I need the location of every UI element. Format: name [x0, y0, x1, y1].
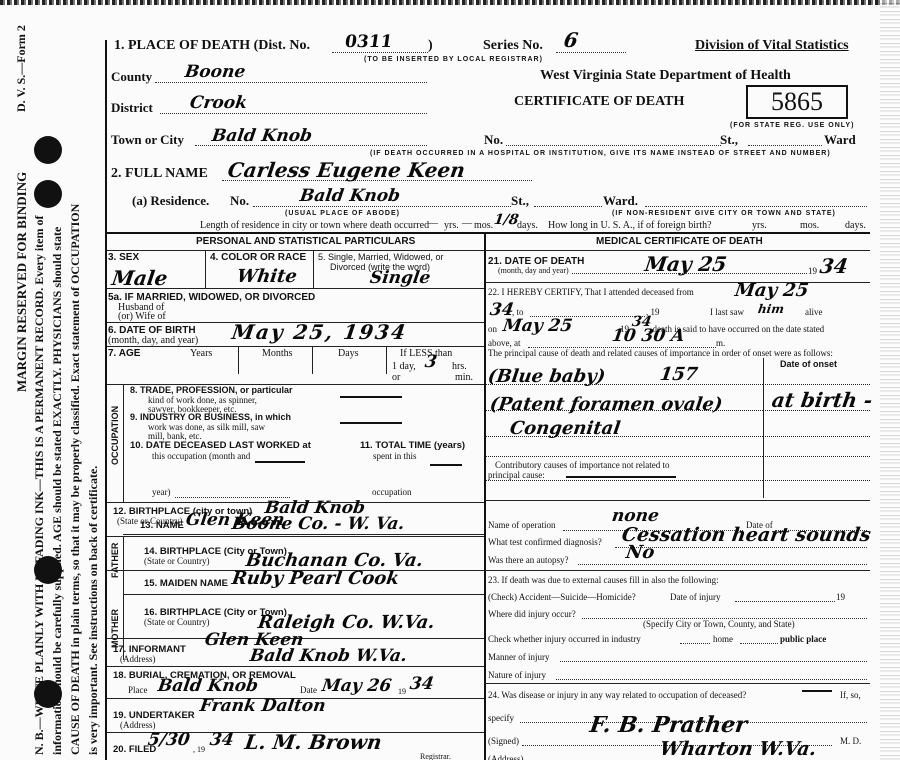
last-saw-pronoun: him — [757, 302, 785, 316]
operation-value: none — [611, 506, 661, 526]
marital-label-1: 5. Single, Married, Widowed, or — [318, 252, 444, 262]
cause-line — [486, 480, 763, 481]
county-line — [155, 82, 427, 83]
age-months-label: Months — [262, 348, 293, 359]
personal-section-title: PERSONAL AND STATISTICAL PARTICULARS — [196, 236, 415, 247]
no-label: No. — [484, 132, 503, 148]
foreign-mos-label: mos. — [800, 220, 819, 231]
town-label: Town or City — [111, 132, 184, 148]
abode-note: (USUAL PLACE OF ABODE) — [285, 210, 400, 217]
contributory-label-1: Contributory causes of importance not re… — [495, 460, 669, 470]
burial-year-value: 34 — [409, 674, 435, 694]
scan-top-edge — [0, 0, 900, 5]
cause-1-value: (Blue baby) — [487, 366, 607, 387]
row-divider — [107, 346, 484, 347]
trade-value-dash — [340, 396, 402, 398]
marital-value: Single — [369, 268, 432, 288]
dist-no-line — [332, 52, 428, 53]
residence-value: Bald Knob — [299, 186, 402, 206]
sex-value: Male — [110, 266, 169, 290]
county-value: Boone — [184, 62, 247, 82]
last-saw-label: I last saw — [710, 307, 744, 317]
onset-value: at birth - — [770, 388, 874, 412]
burial-date-label: Date — [300, 685, 317, 695]
cause-2-value: (Patent foramen ovale) — [489, 394, 724, 415]
undertaker-sub-label: (Address) — [120, 720, 156, 730]
residence-line — [253, 206, 511, 207]
row-divider — [485, 570, 870, 571]
cause-3-value: Congenital — [509, 418, 622, 439]
age-one-day-label: 1 day, — [392, 361, 416, 372]
dist-no-value: 0311 — [344, 32, 394, 52]
residence-label: (a) Residence. — [132, 193, 209, 209]
foreign-days-label: days. — [845, 220, 866, 231]
external-label: 23. If death was due to external causes … — [488, 575, 719, 585]
row-divider — [107, 288, 484, 289]
form-id: D. V. S.—Form 2 — [14, 25, 29, 112]
industry-check-line — [680, 643, 710, 644]
dod-value: May 25 — [643, 252, 728, 276]
total-time-label-3: occupation — [372, 487, 412, 497]
father-name-label: 13. NAME — [140, 520, 184, 531]
dist-close-paren: ) — [428, 38, 433, 54]
cause-line — [486, 456, 763, 457]
physician-signature: F. B. Prather — [588, 712, 748, 738]
row-divider — [485, 250, 870, 251]
last-saw-date: May 25 — [502, 316, 574, 336]
no-line — [506, 145, 721, 146]
length-mos-label: mos. — [474, 220, 493, 231]
father-birthplace-sub-label: (State or Country) — [144, 556, 210, 566]
father-name-value: Glen Keen — [185, 510, 286, 530]
parent-tab-divider — [123, 536, 124, 660]
length-residence-label: Length of residence in city or town wher… — [200, 220, 429, 231]
cell-divider — [238, 346, 239, 374]
physician-address: Wharton W.Va. — [658, 738, 817, 760]
series-label: Series No. — [483, 38, 543, 54]
row-divider — [485, 282, 870, 283]
burial-year-prefix: 19 — [398, 687, 406, 696]
age-label: 7. AGE — [108, 348, 140, 359]
sex-label: 3. SEX — [108, 252, 139, 263]
row-divider — [123, 534, 484, 535]
town-value: Bald Knob — [211, 126, 314, 146]
foreign-birth-label: How long in U. S. A., if of foreign birt… — [548, 220, 712, 231]
foreign-yrs-label: yrs. — [752, 220, 767, 231]
wife-label: (or) Wife of — [118, 311, 166, 322]
where-injury-note: (Specify City or Town, County, and State… — [643, 619, 795, 629]
father-tab: FATHER — [110, 543, 120, 578]
certificate-title: CERTIFICATE OF DEATH — [514, 94, 684, 110]
ward-label: Ward — [824, 132, 856, 148]
department-title: West Virginia State Department of Health — [540, 68, 791, 84]
district-value: Crook — [189, 93, 249, 113]
occupation-tab-divider — [123, 384, 124, 502]
row-divider — [485, 683, 870, 684]
onset-line — [765, 456, 870, 457]
contributory-label-2: principal cause: — [488, 470, 545, 480]
residence-no-label: No. — [230, 193, 249, 209]
total-time-label-2: spent in this — [373, 451, 417, 461]
onset-divider — [763, 358, 764, 498]
operation-label: Name of operation — [488, 520, 555, 530]
trade-label-1: 8. TRADE, PROFESSION, or particular — [130, 385, 293, 395]
check-label: (Check) Accident—Suicide—Homicide? — [488, 592, 636, 602]
punch-hole — [34, 680, 62, 708]
burial-date-value: May 26 — [321, 676, 393, 696]
full-name-label: 2. FULL NAME — [111, 166, 208, 182]
nature-line — [556, 679, 867, 680]
autopsy-label: Was there an autopsy? — [488, 555, 569, 565]
dod-sub-label: (month, day and year) — [498, 266, 569, 275]
length-days-label: days. — [517, 220, 538, 231]
row-divider — [107, 666, 484, 667]
cause-1-code: 157 — [659, 364, 700, 385]
informant-sub-label: (Address) — [120, 654, 156, 664]
filed-date-value: 5/30 — [147, 730, 192, 750]
burial-place-label: Place — [128, 685, 148, 695]
district-label: District — [111, 100, 153, 116]
if-so-label: If, so, — [840, 690, 861, 700]
dod-year-value: 34 — [818, 254, 849, 278]
undertaker-value: Frank Dalton — [199, 696, 327, 716]
filed-year-prefix: , 19 — [193, 745, 205, 754]
column-divider — [484, 232, 486, 760]
mother-tab: MOTHER — [110, 609, 120, 648]
public-place-label: public place — [780, 634, 826, 644]
division-title: Division of Vital Statistics — [695, 38, 849, 54]
mother-name-label: 15. MAIDEN NAME — [144, 578, 228, 589]
row-divider — [123, 594, 484, 595]
length-yrs-value: — — [428, 218, 438, 229]
row-divider — [107, 250, 484, 251]
address-label: (Address) — [488, 754, 524, 760]
age-days-label: Days — [338, 348, 359, 359]
row-divider — [107, 536, 484, 537]
scan-right-edge — [880, 0, 900, 760]
residence-ward-label: Ward. — [603, 193, 638, 209]
county-label: County — [111, 69, 152, 85]
length-days-value: 1/8 — [493, 212, 520, 228]
total-time-value-dash — [430, 464, 462, 466]
residence-st-label: St., — [511, 193, 529, 209]
hospital-note: (IF DEATH OCCURRED IN A HOSPITAL OR INST… — [370, 150, 831, 157]
length-yrs-label: yrs. — [444, 220, 459, 231]
last-worked-label-2: this occupation (month and — [152, 451, 250, 461]
total-time-label-1: 11. TOTAL TIME (years) — [360, 440, 465, 451]
industry-label-1: 9. INDUSTRY OR BUSINESS, in which — [130, 412, 291, 422]
manner-label: Manner of injury — [488, 652, 549, 662]
certify-label: 22. I HEREBY CERTIFY, That I attended de… — [488, 287, 694, 297]
st-line — [748, 145, 822, 146]
residence-ward-line — [645, 206, 867, 207]
informant-address-value: Bald Knob W.Va. — [249, 646, 409, 666]
injury-date-line — [735, 601, 835, 602]
nature-label: Nature of injury — [488, 670, 546, 680]
margin-instructions-line: CAUSE OF DEATH in plain terms, so that i… — [68, 204, 83, 755]
home-line — [740, 643, 778, 644]
dob-value: May 25, 1934 — [230, 320, 408, 344]
autopsy-value: No — [625, 542, 656, 563]
contributory-value-dash — [566, 476, 676, 478]
mother-name-value: Ruby Pearl Cook — [231, 568, 401, 589]
autopsy-line — [578, 564, 867, 565]
above-at-label: above, at — [488, 338, 520, 348]
mother-birthplace-sub-label: (State or Country) — [144, 617, 210, 627]
md-label: M. D. — [840, 736, 861, 746]
nonresident-note: (IF NON-RESIDENT GIVE CITY OR TOWN AND S… — [612, 210, 836, 217]
onset-line — [765, 436, 870, 437]
age-years-label: Years — [190, 348, 212, 359]
place-of-death-label: 1. PLACE OF DEATH (Dist. No. — [114, 38, 310, 54]
cert-number-note: (FOR STATE REG. USE ONLY) — [730, 122, 854, 129]
medical-section-title: MEDICAL CERTIFICATE OF DEATH — [596, 236, 763, 247]
industry-check-label: Check whether injury occurred in industr… — [488, 634, 641, 644]
st-label: St., — [720, 132, 738, 148]
cell-divider — [312, 346, 313, 374]
diagnosis-value: Cessation heart sounds — [620, 524, 872, 546]
cell-divider — [205, 250, 206, 288]
time-value: 10 30 A — [611, 326, 686, 346]
margin-instructions-line: N. B.—WRITE PLAINLY WITH UNFADING INK—TH… — [32, 216, 47, 756]
race-label: 4. COLOR OR RACE — [210, 252, 306, 263]
registrar-signature: L. M. Brown — [243, 730, 383, 754]
registrar-label: Registrar. — [420, 752, 451, 760]
punch-hole — [34, 556, 62, 584]
cell-divider — [386, 346, 387, 374]
manner-line — [560, 661, 867, 662]
occupation-tab: OCCUPATION — [110, 406, 120, 465]
dist-note: (TO BE INSERTED BY LOCAL REGISTRAR) — [364, 56, 543, 63]
cause-label: The principal cause of death and related… — [488, 348, 833, 358]
burial-place-value: Bald Knob — [157, 676, 260, 696]
margin-instructions-line: is very important. See instructions on b… — [86, 466, 101, 755]
length-mos-value: — — [462, 218, 472, 229]
filed-year-value: 34 — [209, 730, 235, 750]
occupation-related-dash — [802, 690, 832, 692]
cell-divider — [313, 250, 314, 288]
last-worked-label-1: 10. DATE DECEASED LAST WORKED at — [130, 440, 311, 451]
attended-from-value: May 25 — [734, 280, 810, 301]
last-worked-value-dash — [255, 461, 305, 463]
full-name-value: Carless Eugene Keen — [226, 158, 466, 182]
dob-sub-label: (month, day, and year) — [108, 335, 198, 346]
age-or-label: or — [392, 372, 400, 383]
on-label: on — [488, 324, 497, 334]
last-worked-label-3: year) — [152, 487, 170, 497]
home-label: home — [713, 634, 733, 644]
signed-label: (Signed) — [488, 736, 519, 746]
residence-st-line — [534, 206, 602, 207]
onset-header: Date of onset — [780, 359, 837, 369]
dod-year-prefix: 19 — [808, 266, 817, 276]
industry-value-dash — [340, 422, 402, 424]
specify-label: specify — [488, 713, 514, 723]
series-line — [556, 52, 626, 53]
diagnosis-label: What test confirmed diagnosis? — [488, 537, 602, 547]
section-divider — [107, 232, 870, 234]
injury-date-label: Date of injury — [670, 592, 720, 602]
margin-reserved-text: MARGIN RESERVED FOR BINDING — [14, 172, 30, 392]
row-divider — [485, 500, 870, 501]
occupation-related-label: 24. Was disease or injury in any way rel… — [488, 690, 746, 700]
age-hrs-label: hrs. — [452, 361, 467, 372]
age-min-label: min. — [455, 372, 473, 383]
margin-instructions-line: information should be carefully supplied… — [50, 227, 65, 755]
onset-line — [765, 480, 870, 481]
onset-line — [765, 384, 870, 385]
punch-hole — [34, 180, 62, 208]
m-label: m. — [716, 338, 725, 348]
race-value: White — [236, 266, 299, 287]
district-line — [160, 113, 427, 114]
alive-label: alive — [805, 307, 823, 317]
punch-hole — [34, 136, 62, 164]
injury-year-label: 19 — [836, 592, 845, 602]
where-injury-label: Where did injury occur? — [488, 609, 576, 619]
certificate-number: 5865 — [746, 85, 848, 119]
